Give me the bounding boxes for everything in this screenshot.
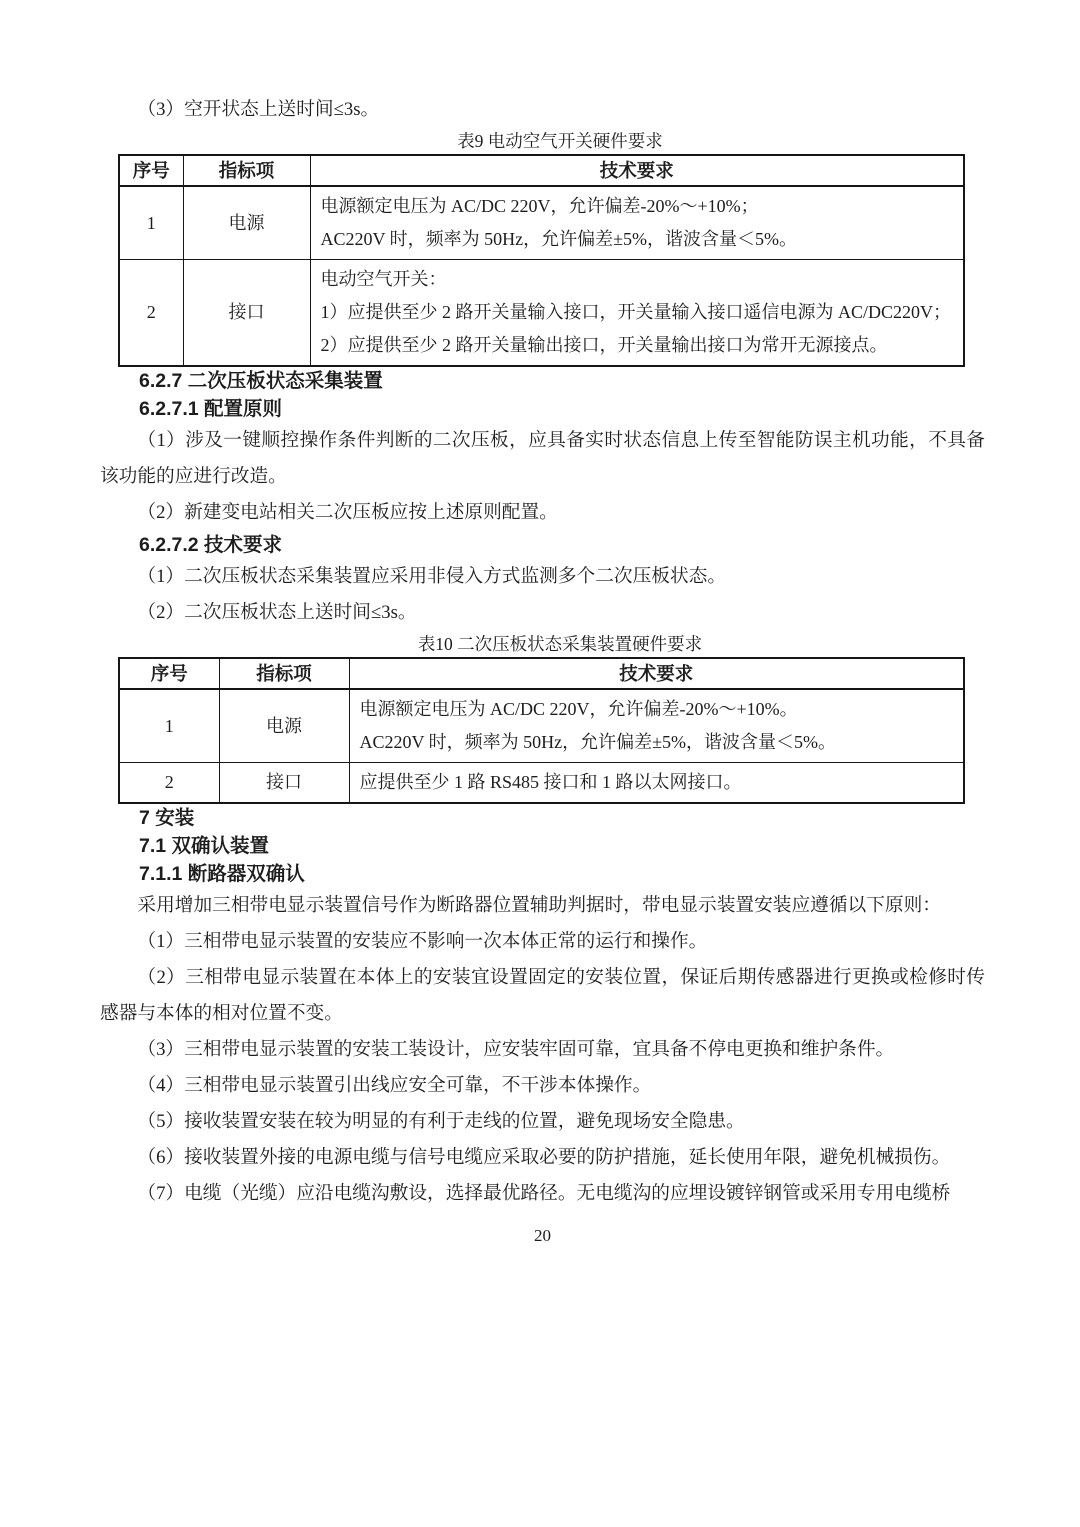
table10-header-requirement: 技术要求 bbox=[349, 658, 964, 689]
table-header-row: 序号 指标项 技术要求 bbox=[119, 658, 964, 689]
paragraph-6-2-7-2-item1: （1）二次压板状态采集装置应采用非侵入方式监测多个二次压板状态。 bbox=[100, 559, 985, 595]
table10-row2-item: 接口 bbox=[219, 763, 349, 804]
table9-header-no: 序号 bbox=[119, 155, 183, 186]
list-item-3-air-switch: （3）空开状态上送时间≤3s。 bbox=[100, 92, 985, 128]
table-row: 1 电源 电源额定电压为 AC/DC 220V，允许偏差-20%～+10%。 A… bbox=[119, 689, 964, 763]
requirement-line: 电源额定电压为 AC/DC 220V，允许偏差-20%～+10%； bbox=[321, 190, 954, 223]
table9-row2-no: 2 bbox=[119, 260, 183, 367]
table-row: 1 电源 电源额定电压为 AC/DC 220V，允许偏差-20%～+10%； A… bbox=[119, 186, 964, 260]
requirement-line: 应提供至少 1 路 RS485 接口和 1 路以太网接口。 bbox=[360, 766, 954, 799]
paragraph-6-2-7-1-item1: （1）涉及一键顺控操作条件判断的二次压板，应具备实时状态信息上传至智能防误主机功… bbox=[100, 423, 985, 495]
section-heading-7-1-1: 7.1.1 断路器双确认 bbox=[100, 860, 985, 888]
requirement-line: 2）应提供至少 2 路开关量输出接口，开关量输出接口为常开无源接点。 bbox=[321, 329, 954, 362]
table10-header-item: 指标项 bbox=[219, 658, 349, 689]
table9-row1-no: 1 bbox=[119, 186, 183, 260]
table10-row2-requirement: 应提供至少 1 路 RS485 接口和 1 路以太网接口。 bbox=[349, 763, 964, 804]
table9-hardware-requirements: 序号 指标项 技术要求 1 电源 电源额定电压为 AC/DC 220V，允许偏差… bbox=[118, 154, 965, 367]
table9-row1-requirement: 电源额定电压为 AC/DC 220V，允许偏差-20%～+10%； AC220V… bbox=[310, 186, 964, 260]
paragraph-7-1-1-item4: （4）三相带电显示装置引出线应安全可靠，不干涉本体操作。 bbox=[100, 1068, 985, 1104]
section-heading-6-2-7-1: 6.2.7.1 配置原则 bbox=[100, 395, 985, 423]
paragraph-7-1-1-item7: （7）电缆（光缆）应沿电缆沟敷设，选择最优路径。无电缆沟的应埋设镀锌钢管或采用专… bbox=[100, 1176, 985, 1212]
table10-row1-no: 1 bbox=[119, 689, 219, 763]
table9-header-requirement: 技术要求 bbox=[310, 155, 964, 186]
requirement-line: 电动空气开关： bbox=[321, 263, 954, 296]
table9-caption: 表9 电动空气开关硬件要求 bbox=[100, 128, 985, 154]
table10-row1-item: 电源 bbox=[219, 689, 349, 763]
table-header-row: 序号 指标项 技术要求 bbox=[119, 155, 964, 186]
requirement-line: 电源额定电压为 AC/DC 220V，允许偏差-20%～+10%。 bbox=[360, 693, 954, 726]
table9-row2-requirement: 电动空气开关： 1）应提供至少 2 路开关量输入接口，开关量输入接口遥信电源为 … bbox=[310, 260, 964, 367]
chapter-heading-7: 7 安装 bbox=[100, 804, 985, 832]
paragraph-7-1-1-intro: 采用增加三相带电显示装置信号作为断路器位置辅助判据时，带电显示装置安装应遵循以下… bbox=[100, 888, 985, 924]
requirement-line: 1）应提供至少 2 路开关量输入接口，开关量输入接口遥信电源为 AC/DC220… bbox=[321, 296, 954, 329]
table9-row2-item: 接口 bbox=[183, 260, 310, 367]
paragraph-7-1-1-item2: （2）三相带电显示装置在本体上的安装宜设置固定的安装位置，保证后期传感器进行更换… bbox=[100, 960, 985, 1032]
paragraph-7-1-1-item5: （5）接收装置安装在较为明显的有利于走线的位置，避免现场安全隐患。 bbox=[100, 1104, 985, 1140]
table10-hardware-requirements: 序号 指标项 技术要求 1 电源 电源额定电压为 AC/DC 220V，允许偏差… bbox=[118, 657, 965, 804]
page-content: （3）空开状态上送时间≤3s。 表9 电动空气开关硬件要求 序号 指标项 技术要… bbox=[0, 0, 1080, 1248]
requirement-line: AC220V 时，频率为 50Hz，允许偏差±5%，谐波含量＜5%。 bbox=[360, 726, 954, 759]
table10-row1-requirement: 电源额定电压为 AC/DC 220V，允许偏差-20%～+10%。 AC220V… bbox=[349, 689, 964, 763]
document-page: （3）空开状态上送时间≤3s。 表9 电动空气开关硬件要求 序号 指标项 技术要… bbox=[0, 0, 1080, 1527]
paragraph-6-2-7-1-item2: （2）新建变电站相关二次压板应按上述原则配置。 bbox=[100, 495, 985, 531]
requirement-line: AC220V 时，频率为 50Hz，允许偏差±5%，谐波含量＜5%。 bbox=[321, 223, 954, 256]
section-heading-6-2-7-2: 6.2.7.2 技术要求 bbox=[100, 531, 985, 559]
page-number: 20 bbox=[100, 1224, 985, 1248]
table10-header-no: 序号 bbox=[119, 658, 219, 689]
table-row: 2 接口 应提供至少 1 路 RS485 接口和 1 路以太网接口。 bbox=[119, 763, 964, 804]
section-heading-7-1: 7.1 双确认装置 bbox=[100, 832, 985, 860]
table10-caption: 表10 二次压板状态采集装置硬件要求 bbox=[100, 631, 985, 657]
paragraph-7-1-1-item6: （6）接收装置外接的电源电缆与信号电缆应采取必要的防护措施，延长使用年限，避免机… bbox=[100, 1140, 985, 1176]
section-heading-6-2-7: 6.2.7 二次压板状态采集装置 bbox=[100, 367, 985, 395]
table9-row1-item: 电源 bbox=[183, 186, 310, 260]
table-row: 2 接口 电动空气开关： 1）应提供至少 2 路开关量输入接口，开关量输入接口遥… bbox=[119, 260, 964, 367]
paragraph-7-1-1-item1: （1）三相带电显示装置的安装应不影响一次本体正常的运行和操作。 bbox=[100, 924, 985, 960]
table10-row2-no: 2 bbox=[119, 763, 219, 804]
paragraph-7-1-1-item3: （3）三相带电显示装置的安装工装设计，应安装牢固可靠，宜具备不停电更换和维护条件… bbox=[100, 1032, 985, 1068]
paragraph-6-2-7-2-item2: （2）二次压板状态上送时间≤3s。 bbox=[100, 595, 985, 631]
table9-header-item: 指标项 bbox=[183, 155, 310, 186]
